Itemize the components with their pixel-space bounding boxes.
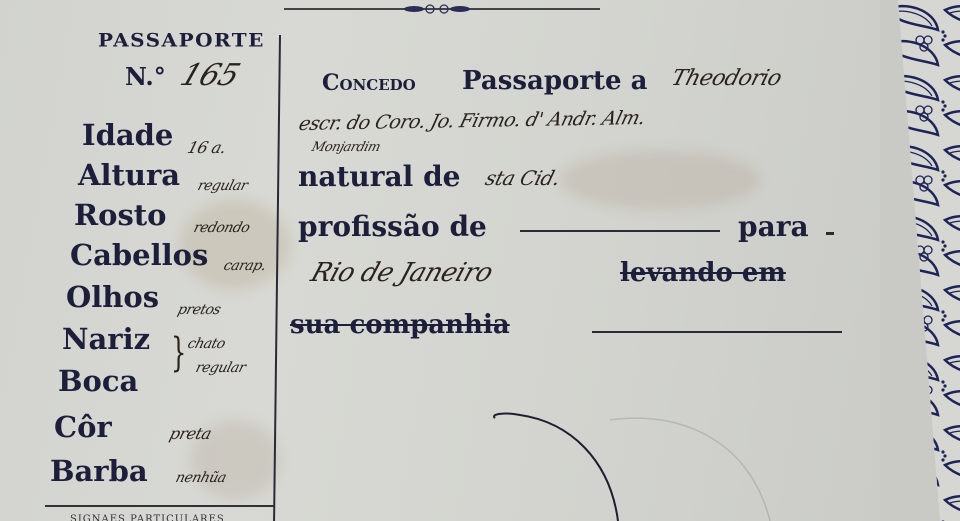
profissao-label: profissão de xyxy=(298,210,487,243)
signals-rule xyxy=(45,505,275,507)
field-label-olhos: Olhos xyxy=(66,280,159,314)
faint-stamp-arc-icon xyxy=(600,410,800,521)
field-label-barba: Barba xyxy=(50,454,148,488)
field-value-olhos: pretos xyxy=(176,302,222,318)
passport-number: 165 xyxy=(176,58,245,93)
holder-surname-line: Monjardim xyxy=(310,140,382,155)
field-label-idade: Idade xyxy=(82,118,173,152)
holder-name: Theodorio xyxy=(669,66,784,91)
field-label-rosto: Rosto xyxy=(74,198,167,232)
field-label-nariz: Nariz xyxy=(62,322,150,356)
companhia-label: sua companhia xyxy=(290,310,510,340)
companhia-blank xyxy=(592,331,842,333)
levando-label: levando em xyxy=(620,258,786,288)
destination-value: Rio de Janeiro xyxy=(307,258,496,288)
field-label-boca: Boca xyxy=(58,364,138,398)
field-label-cor: Côr xyxy=(54,410,112,444)
passport-document: PASSAPORTE N.° 165 Idade 16 a. Altura re… xyxy=(0,0,960,521)
field-value-nariz: chato xyxy=(186,336,227,352)
para-label: para xyxy=(738,210,809,243)
number-label: N.° xyxy=(125,62,166,91)
natural-value: sta Cid. xyxy=(483,166,563,190)
field-label-cabellos: Cabellos xyxy=(70,238,208,272)
profissao-blank xyxy=(520,230,720,232)
field-value-cabellos: carap. xyxy=(222,258,268,274)
field-value-idade: 16 a. xyxy=(185,138,228,157)
field-value-altura: regular xyxy=(196,178,249,194)
signals-caption: SIGNAES PARTICULARES xyxy=(70,514,225,521)
holder-owner-line: escr. do Coro. Jo. Firmo. d' Andr. Alm. xyxy=(296,107,647,135)
field-value-boca: regular xyxy=(194,360,247,376)
field-value-cor: preta xyxy=(167,424,213,443)
passaporte-a-label: Passaporte a xyxy=(462,66,648,96)
field-value-rosto: redondo xyxy=(192,220,252,236)
brace-mark: } xyxy=(171,330,186,376)
natural-label: natural de xyxy=(298,160,460,193)
concedo-label: Concedo xyxy=(322,70,416,96)
ornamental-border-icon xyxy=(880,0,960,521)
paper-stain xyxy=(560,150,760,210)
ornament-icon xyxy=(402,4,472,14)
field-value-barba: nenhũa xyxy=(174,470,228,486)
passport-title: PASSAPORTE xyxy=(98,29,265,52)
field-label-altura: Altura xyxy=(78,158,180,192)
para-dash xyxy=(826,232,834,235)
